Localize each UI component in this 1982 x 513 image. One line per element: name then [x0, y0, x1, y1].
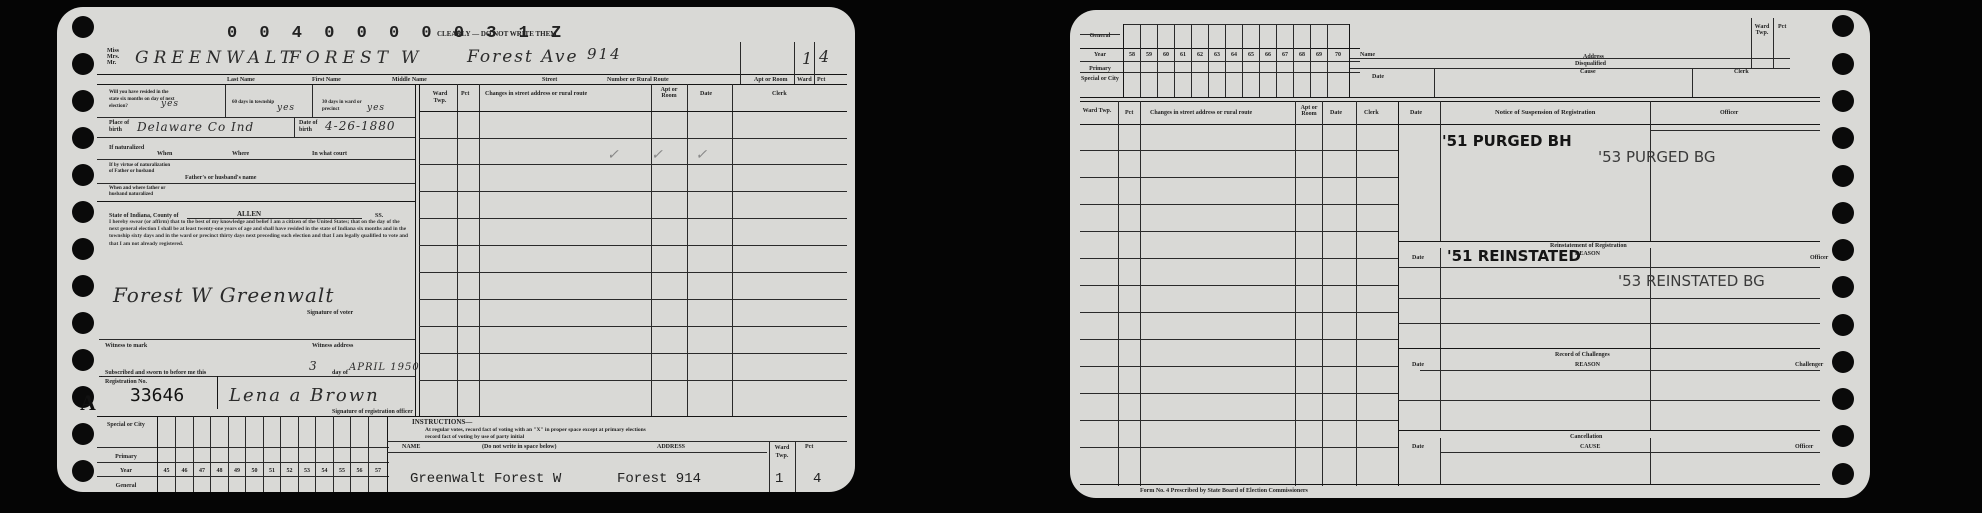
index-address-label: ADDRESS: [657, 444, 685, 450]
divider: [315, 416, 316, 492]
divider: [1349, 24, 1350, 97]
divider: [368, 416, 369, 492]
birthplace-value: Delaware Co Ind: [137, 120, 254, 134]
divider: [1434, 68, 1435, 97]
year-cell: 56: [351, 468, 368, 474]
instructions-line1: At regular votes, record fact of voting …: [425, 427, 646, 433]
header-apt: Apt or Room: [655, 87, 683, 99]
naturalized-label: If naturalized: [109, 145, 144, 151]
suspension-date-label: Date: [1410, 110, 1422, 116]
year-cell: 48: [211, 468, 228, 474]
voter-signature: Forest W Greenwalt: [113, 283, 334, 307]
residence-precinct-answer: yes: [367, 103, 385, 113]
punch-hole-icon: [1832, 425, 1854, 447]
father-naturalization-label: If by virtue of naturalization of Father…: [109, 163, 174, 175]
year-cell: 67: [1277, 52, 1293, 58]
divider: [217, 376, 218, 409]
naturalized-where-label: Where: [232, 151, 249, 157]
divider: [795, 441, 796, 492]
table-row: [1080, 231, 1398, 232]
punch-hole-icon: [72, 349, 94, 371]
birthdate-value: 4-26-1880: [325, 119, 396, 133]
year-cell: 54: [316, 468, 333, 474]
table-row: [1080, 393, 1398, 394]
divider: [193, 416, 194, 492]
ward-label: Ward: [797, 77, 812, 83]
punch-hole-icon: [1832, 90, 1854, 112]
middle-name-label: Middle Name: [392, 77, 427, 83]
divider: [1398, 101, 1399, 486]
father-name-label: Father's or husband's name: [185, 175, 256, 181]
divider: [1242, 24, 1243, 97]
year-cell: 51: [264, 468, 280, 474]
divider: [97, 74, 847, 75]
reinstated-stamp-1953: '53 REINSTATED BG: [1618, 272, 1765, 290]
divider: [1080, 48, 1360, 49]
row-year-label: Year: [101, 468, 151, 474]
purged-stamp-1951: '51 PURGED BH: [1442, 132, 1572, 150]
disq-ward-label: Ward Twp.: [1752, 24, 1772, 36]
year-cell: 45: [158, 468, 175, 474]
table-row: [1080, 447, 1398, 448]
divider: [97, 462, 389, 463]
divider: [1157, 24, 1158, 97]
header-changes: Changes in street address or rural route: [1150, 110, 1252, 116]
divider: [1440, 452, 1820, 453]
row-special-label: Special or City: [101, 422, 151, 429]
reinstatement-date-label: Date: [1412, 255, 1424, 261]
punch-hole-icon: [72, 90, 94, 112]
divider: [1080, 101, 1820, 102]
last-name-value: GREENWALT: [135, 48, 296, 68]
table-row: [419, 218, 847, 219]
divider: [97, 201, 415, 202]
punch-hole-icon: [1832, 388, 1854, 410]
header-apt: Apt or Room: [1298, 105, 1320, 117]
divider: [1140, 101, 1141, 486]
table-row: [419, 138, 847, 139]
divider: [294, 117, 295, 137]
table-row: [1080, 150, 1398, 151]
punch-hole-icon: [1832, 15, 1854, 37]
middle-name-value: W: [401, 48, 420, 68]
naturalized-when-label: When: [157, 151, 172, 157]
county-value: ALLEN: [237, 211, 261, 217]
divider: [97, 84, 847, 85]
divider: [1327, 24, 1328, 97]
apt-label: Apt or Room: [754, 77, 788, 83]
index-pct: 4: [813, 471, 821, 487]
witness-address-label: Witness address: [312, 343, 353, 349]
header-changes: Changes in street address or rural route: [485, 91, 587, 97]
divider: [1191, 24, 1192, 97]
street-value: Forest Ave: [467, 47, 579, 67]
year-cell: 65: [1243, 52, 1259, 58]
table-row: [1080, 366, 1398, 367]
divider: [387, 416, 388, 492]
divider: [1310, 24, 1311, 97]
divider: [419, 111, 847, 112]
cancellation-cause-label: CAUSE: [1580, 444, 1600, 450]
divider: [814, 42, 815, 84]
divider: [1650, 355, 1651, 430]
table-row: [1080, 204, 1398, 205]
table-row: [1080, 285, 1398, 286]
cancellation-title: Cancellation: [1570, 434, 1602, 440]
table-row: [419, 164, 847, 165]
divider: [1398, 400, 1820, 401]
challenges-date-label: Date: [1412, 362, 1424, 368]
divider: [387, 452, 767, 453]
index-pct-label: Pct: [805, 444, 813, 450]
registration-number: 33646: [130, 385, 184, 406]
punch-hole-icon: [1832, 276, 1854, 298]
divider: [1650, 130, 1820, 131]
punch-hole-icon: [72, 16, 94, 38]
voter-registration-card-front: 0 0 4 0 0 0 0 0 3 1 Z CLEARLY — DO NOT W…: [57, 7, 855, 492]
divider: [1080, 484, 1820, 485]
punch-hole-icon: [1832, 314, 1854, 336]
table-row: [419, 191, 847, 192]
reinstatement-officer-label: Officer: [1810, 255, 1828, 261]
punch-hole-icon: [72, 201, 94, 223]
year-cell: 58: [1124, 52, 1140, 58]
disq-disqualified-label: Disqualified: [1575, 61, 1606, 67]
first-name-label: First Name: [312, 77, 341, 83]
divider: [97, 476, 389, 477]
year-cell: 47: [194, 468, 210, 474]
year-cell: 62: [1192, 52, 1208, 58]
divider: [687, 84, 688, 416]
divider: [1140, 24, 1141, 97]
divider: [280, 416, 281, 492]
subscribed-month-year: APRIL 1950: [349, 362, 420, 373]
disq-clerk-label: Clerk: [1734, 69, 1749, 75]
divider: [1440, 101, 1441, 241]
birthplace-label: Place of birth: [109, 120, 139, 134]
subscribed-day: 3: [309, 359, 319, 373]
divider: [1276, 24, 1277, 97]
table-row: [419, 299, 847, 300]
header-instruction: CLEARLY — DO NOT WRITE THEM: [437, 31, 557, 37]
divider: [97, 117, 415, 118]
divider: [1080, 97, 1820, 98]
divider: [350, 416, 351, 492]
year-cell: 61: [1175, 52, 1191, 58]
challenges-title: Record of Challenges: [1555, 352, 1610, 358]
title-prefix: MissMrs.Mr.: [107, 48, 119, 66]
divider: [1692, 68, 1693, 97]
divider: [225, 85, 226, 117]
residence-question-township: 60 days in township: [232, 99, 277, 106]
challenges-reason-label: REASON: [1575, 362, 1600, 368]
divider: [1123, 24, 1124, 97]
divider: [457, 84, 458, 416]
table-row: [1080, 258, 1398, 259]
divider: [1650, 101, 1651, 241]
year-cell: 50: [246, 468, 263, 474]
divider: [333, 416, 334, 492]
purged-stamp-1953: '53 PURGED BG: [1598, 148, 1716, 166]
index-ward-label: Ward Twp.: [770, 444, 794, 460]
disq-cause-label: Cause: [1580, 69, 1596, 75]
table-row: [1080, 420, 1398, 421]
divider: [1440, 355, 1441, 430]
punch-hole-icon: [1832, 239, 1854, 261]
row-general-label: General: [101, 483, 151, 489]
divider: [210, 416, 211, 492]
year-cell: 57: [369, 468, 387, 474]
year-cell: 64: [1226, 52, 1242, 58]
divider: [1080, 61, 1360, 62]
divider: [312, 85, 313, 117]
voter-registration-card-back: General Year Primary Special or City 58 …: [1070, 10, 1870, 498]
divider: [1420, 370, 1820, 371]
year-cell: 66: [1260, 52, 1276, 58]
punch-hole-icon: [1832, 127, 1854, 149]
index-typed-address: Forest 914: [617, 471, 701, 487]
table-row: [1080, 312, 1398, 313]
divider: [1293, 24, 1294, 97]
divider: [1398, 348, 1820, 349]
punch-hole-icon: [72, 53, 94, 75]
registration-officer-signature: Lena a Brown: [229, 385, 380, 406]
divider: [245, 416, 246, 492]
divider: [1080, 124, 1820, 125]
residence-state-answer: yes: [161, 99, 179, 109]
disq-address-label: Address: [1583, 54, 1604, 60]
divider: [1773, 18, 1774, 68]
divider: [101, 376, 102, 377]
divider: [1398, 298, 1820, 299]
punch-hole-icon: [72, 275, 94, 297]
cancellation-date-label: Date: [1412, 444, 1424, 450]
punch-hole-icon: [72, 460, 94, 482]
suspension-title: Notice of Suspension of Registration: [1495, 110, 1595, 116]
year-cell: 52: [281, 468, 298, 474]
reinstated-stamp-1951: '51 REINSTATED: [1447, 247, 1581, 265]
birthdate-label: Date of birth: [299, 120, 324, 134]
first-name-value: FOREST: [289, 48, 393, 68]
divider: [387, 441, 847, 442]
year-cell: 69: [1311, 52, 1327, 58]
divider: [1322, 101, 1323, 486]
street-label: Street: [542, 77, 557, 83]
divider: [1440, 438, 1441, 484]
voter-signature-label: Signature of voter: [307, 310, 353, 316]
divider: [419, 84, 420, 416]
disq-pct-label: Pct: [1778, 24, 1786, 30]
divider: [1398, 267, 1820, 268]
suspension-officer-label: Officer: [1720, 110, 1738, 116]
punch-hole-icon: [1832, 202, 1854, 224]
row-primary-label: Primary: [101, 454, 151, 460]
index-name-label: NAME: [402, 444, 420, 450]
divider: [1225, 24, 1226, 97]
divider: [175, 416, 176, 492]
index-typed-name: Greenwalt Forest W: [410, 471, 561, 487]
header-pct: Pct: [1125, 110, 1133, 116]
punch-hole-icon: [72, 312, 94, 334]
index-note: (Do not write in space below): [482, 444, 557, 450]
registration-officer-label: Signature of registration officer: [332, 409, 413, 415]
ward-value: 1: [802, 49, 814, 68]
challenges-challenger-label: Challenger: [1795, 362, 1823, 368]
number-label: Number or Rural Route: [607, 77, 669, 83]
instructions-line2: record fact of voting by use of party in…: [425, 434, 524, 440]
naturalized-court-label: In what court: [312, 151, 347, 157]
divider: [1208, 24, 1209, 97]
divider: [263, 416, 264, 492]
punch-hole-icon: [1832, 463, 1854, 485]
divider: [97, 447, 389, 448]
table-row: [1080, 339, 1398, 340]
divider: [1080, 72, 1360, 73]
year-cell: 70: [1328, 52, 1348, 58]
table-row: [419, 245, 847, 246]
divider: [298, 416, 299, 492]
row-year-label: Year: [1080, 52, 1120, 58]
divider: [794, 42, 795, 84]
cancellation-officer-label: Officer: [1795, 444, 1813, 450]
divider: [97, 137, 415, 138]
divider: [97, 159, 415, 160]
divider: [97, 183, 415, 184]
divider: [1080, 34, 1120, 35]
punch-hole-icon: [72, 423, 94, 445]
table-row: [419, 380, 847, 381]
header-date: Date: [700, 91, 712, 97]
table-row: [419, 272, 847, 273]
divider: [1295, 101, 1296, 486]
divider: [1398, 241, 1820, 242]
divider: [99, 339, 415, 340]
header-pct: Pct: [461, 91, 469, 97]
punch-hole-icon: [72, 164, 94, 186]
divider: [228, 416, 229, 492]
divider: [651, 84, 652, 416]
year-cell: 59: [1141, 52, 1157, 58]
punch-hole-icon: [1832, 351, 1854, 373]
punch-hole-icon: [1832, 53, 1854, 75]
divider: [157, 416, 158, 492]
house-number-value: 914: [587, 45, 622, 63]
index-ward: 1: [775, 471, 783, 487]
registration-prefix: A: [80, 390, 96, 416]
disq-date-label: Date: [1372, 74, 1384, 80]
header-clerk: Clerk: [1364, 110, 1379, 116]
header-ward: Ward Twp.: [427, 91, 453, 105]
oath-text: I hereby swear (or affirm) that to the b…: [109, 219, 409, 248]
faint-change-entry: ✓ ✓ ✓: [607, 147, 721, 163]
divider: [740, 42, 741, 84]
divider: [732, 84, 733, 416]
father-naturalized-when-label: When and where father or husband natural…: [109, 186, 179, 198]
year-cell: 60: [1158, 52, 1174, 58]
divider: [1259, 24, 1260, 97]
instructions-title: INSTRUCTIONS—: [412, 419, 472, 425]
punch-hole-icon: [72, 127, 94, 149]
header-clerk: Clerk: [772, 91, 787, 97]
divider: [1398, 430, 1820, 431]
table-row: [419, 326, 847, 327]
pct-value: 4: [819, 47, 831, 66]
divider: [1118, 101, 1119, 486]
divider: [415, 84, 416, 416]
pct-label: Pct: [817, 77, 825, 83]
residence-question-precinct: 30 days in ward or precinct: [322, 99, 372, 113]
divider: [1350, 58, 1790, 59]
divider: [1356, 101, 1357, 486]
divider: [1398, 323, 1820, 324]
divider: [479, 84, 480, 416]
year-cell: 63: [1209, 52, 1225, 58]
divider: [1350, 68, 1790, 69]
year-cell: 49: [229, 468, 245, 474]
table-row: [419, 353, 847, 354]
last-name-label: Last Name: [227, 77, 255, 83]
form-footer: Form No. 4 Prescribed by State Board of …: [1140, 488, 1308, 494]
divider: [1174, 24, 1175, 97]
divider: [1650, 438, 1651, 484]
header-ward: Ward Twp.: [1082, 108, 1112, 115]
table-row: [1080, 177, 1398, 178]
punch-hole-icon: [72, 238, 94, 260]
year-cell: 53: [299, 468, 315, 474]
punch-hole-icon: [1832, 165, 1854, 187]
year-cell: 68: [1294, 52, 1310, 58]
divider: [99, 376, 415, 377]
residence-township-answer: yes: [277, 103, 295, 113]
row-special-label: Special or City: [1080, 76, 1120, 82]
header-date: Date: [1330, 110, 1342, 116]
year-cell: 55: [334, 468, 350, 474]
witness-label: Witness to mark: [105, 343, 147, 349]
year-cell: 46: [176, 468, 193, 474]
